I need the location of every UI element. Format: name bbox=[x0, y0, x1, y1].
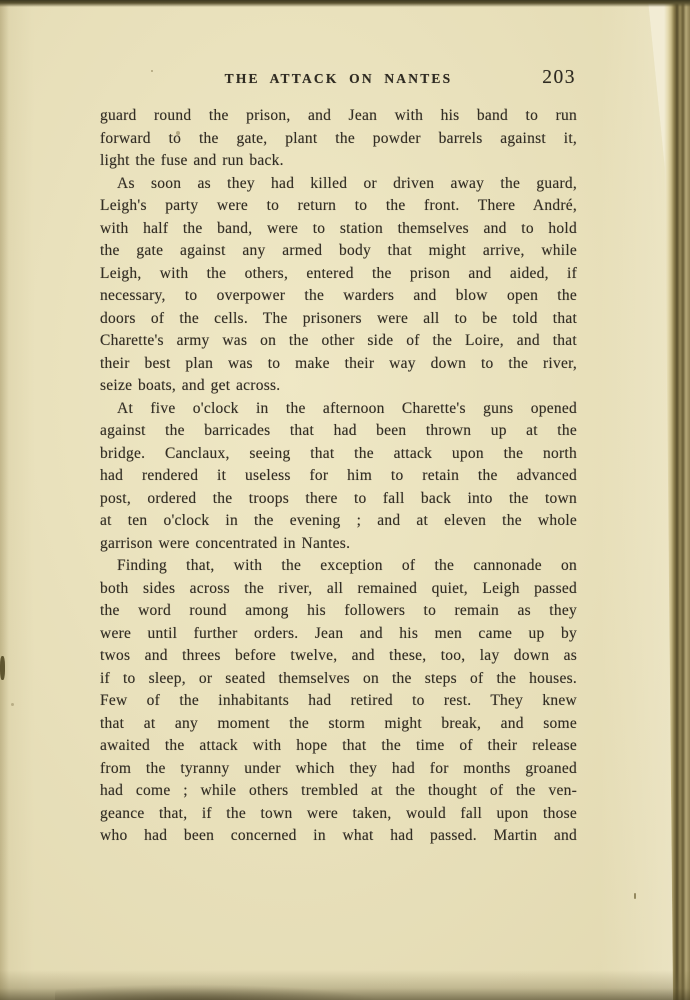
text-line: against the barricades that had been thr… bbox=[100, 420, 577, 443]
text-line: Few of the inhabitants had retired to re… bbox=[100, 690, 577, 713]
text-line: bridge. Canclaux, seeing that the attack… bbox=[100, 443, 577, 466]
text-line: Finding that, with the exception of the … bbox=[100, 555, 577, 578]
page-header: THE ATTACK ON NANTES 203 bbox=[100, 71, 577, 97]
text-line: post, ordered the troops there to fall b… bbox=[100, 488, 577, 511]
text-line: As soon as they had killed or driven awa… bbox=[100, 173, 577, 196]
text-line: seize boats, and get across. bbox=[100, 375, 577, 398]
text-line: twos and threes before twelve, and these… bbox=[100, 645, 577, 668]
page-number: 203 bbox=[542, 67, 576, 89]
paragraph: At five o'clock in the afternoon Charett… bbox=[100, 398, 577, 556]
top-edge-shadow bbox=[0, 0, 690, 7]
text-line: the word round among his followers to re… bbox=[100, 600, 577, 623]
text-line: were until further orders. Jean and his … bbox=[100, 623, 577, 646]
paragraph: Finding that, with the exception of the … bbox=[100, 555, 577, 848]
text-line: had rendered it useless for him to retai… bbox=[100, 465, 577, 488]
paragraph: As soon as they had killed or driven awa… bbox=[100, 173, 577, 398]
text-line: forward to the gate, plant the powder ba… bbox=[100, 128, 577, 151]
text-line: awaited the attack with hope that the ti… bbox=[100, 735, 577, 758]
text-line: that at any moment the storm might break… bbox=[100, 713, 577, 736]
paragraph: guard round the prison, and Jean with hi… bbox=[100, 105, 577, 173]
page-content: THE ATTACK ON NANTES 203 guard round the… bbox=[0, 0, 690, 1000]
text-line: doors of the cells. The prisoners were a… bbox=[100, 308, 577, 331]
running-title: THE ATTACK ON NANTES bbox=[100, 71, 577, 87]
book-page-scan: THE ATTACK ON NANTES 203 guard round the… bbox=[0, 0, 690, 1000]
text-line: geance that, if the town were taken, wou… bbox=[100, 803, 577, 826]
text-line: at ten o'clock in the evening ; and at e… bbox=[100, 510, 577, 533]
text-line: from the tyranny under which they had fo… bbox=[100, 758, 577, 781]
text-line: Leigh's party were to return to the fron… bbox=[100, 195, 577, 218]
bottom-left-shadow bbox=[55, 984, 385, 1000]
text-line: if to sleep, or seated themselves on the… bbox=[100, 668, 577, 691]
text-line: who had been concerned in what had passe… bbox=[100, 825, 577, 848]
text-line: their best plan was to make their way do… bbox=[100, 353, 577, 376]
text-line: both sides across the river, all remaine… bbox=[100, 578, 577, 601]
text-line: garrison were concentrated in Nantes. bbox=[100, 533, 577, 556]
text-line: necessary, to overpower the warders and … bbox=[100, 285, 577, 308]
text-line: Charette's army was on the other side of… bbox=[100, 330, 577, 353]
text-line: had come ; while others trembled at the … bbox=[100, 780, 577, 803]
text-line: the gate against any armed body that mig… bbox=[100, 240, 577, 263]
text-line: with half the band, were to station them… bbox=[100, 218, 577, 241]
body-text: guard round the prison, and Jean with hi… bbox=[100, 105, 577, 848]
text-line: At five o'clock in the afternoon Charett… bbox=[100, 398, 577, 421]
text-line: light the fuse and run back. bbox=[100, 150, 577, 173]
text-line: guard round the prison, and Jean with hi… bbox=[100, 105, 577, 128]
text-line: Leigh, with the others, entered the pris… bbox=[100, 263, 577, 286]
